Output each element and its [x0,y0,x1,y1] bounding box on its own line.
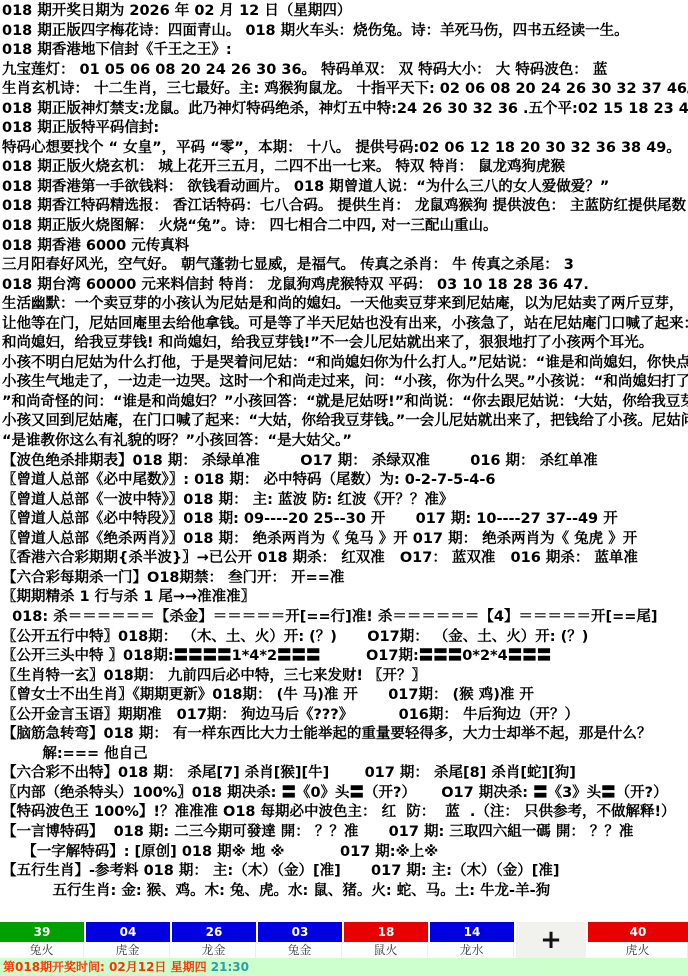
text-line: 【一字解特码】: [原创] 018 期※ 地 ※ 017 期:※上※ [2,843,688,863]
text-line: 五行生肖: 金: 猴、鸡。木: 兔、虎。水: 鼠、猪。火: 蛇、马。土: 牛龙-… [2,882,688,902]
text-line: 三月阳春好风光，空气好。 朝气蓬勃七显威，是福气。 传真之杀肖： 牛 传真之杀尾… [2,256,688,276]
result-zodiac-label: 鼠火 [344,942,428,958]
result-number-block: 03兔金 [258,922,342,958]
text-line: 九宝莲灯： 01 05 06 08 20 24 26 30 36。 特码单双： … [2,61,688,81]
text-line: 〖公开五行中特〗018期： （木、土、火）开: (？) O17期： （金、土、火… [2,628,688,648]
text-content: 018 期开奖日期为 2026 年 02 月 12 日（星期四）018 期正版四… [0,0,688,922]
text-line: 生活幽默：一个卖豆芽的小孩认为尼姑是和尚的媳妇。一天他卖豆芽来到尼姑庵，以为尼姑… [2,295,688,315]
status-draw-time: 21:30 [211,960,249,974]
text-line: 【一言博特码】 018 期: 二三今期可發達 開： ？？准 017 期: 三取四… [2,823,688,843]
text-line: 〖曾女士不出生肖〗《期期更新》018期： (牛 马)准 开 017期： (猴 鸡… [2,686,688,706]
result-number: 40 [588,922,688,942]
text-line: 018 期正版特平码信封: [2,119,688,139]
text-line: 【六合彩不出特】018 期： 杀尾[7] 杀肖[猴][牛] 017 期： 杀尾[… [2,764,688,784]
status-bar: 第018期开奖时间: 02月12日 星期四 21:30 [0,958,688,976]
result-number-block: 14龙水 [430,922,514,958]
text-line: 【五行生肖】-参考料 018 期： 主:（木）（金）[准] 017 期: 主:（… [2,862,688,882]
text-line: 【特码波色王 100%】!？准准准 O18 每期必中波色主： 红 防： 蓝 .（… [2,803,688,823]
result-number-block: 04虎金 [86,922,170,958]
text-line: 018 期香港 6000 元传真料 [2,237,688,257]
result-number-block: 26龙金 [172,922,256,958]
text-line: 特码心想要找个 “ 女皇”，平码 “零”，本期： 十八。 提供号码:02 06 … [2,139,688,159]
result-number: 14 [430,922,514,942]
result-number: 26 [172,922,256,942]
results-bar: 39兔火04虎金26龙金03兔金18鼠火14龙水+40虎火 [0,922,688,958]
text-line: 解:=== 他自己 [2,745,688,765]
result-zodiac-label: 龙金 [172,942,256,958]
text-line: 〖香港六合彩期期{杀半波}〗→已公开 018 期杀： 红双准 O17： 蓝双准 … [2,549,688,569]
text-line: 【波色绝杀排期表】018 期： 杀绿单准 O17 期： 杀绿双准 016 期： … [2,452,688,472]
text-line: 018 期香港第一手欲钱料： 欲钱看动画片。 018 期曾道人说：“为什么三八的… [2,178,688,198]
text-line: 018 期正版火烧图解： 火烧“兔”。诗： 四七相合二中四, 对一三配山重山。 [2,217,688,237]
result-zodiac-label: 兔金 [258,942,342,958]
text-line: 〖期期精杀 1 行与杀 1 尾→→准准准〗 [2,588,688,608]
plus-separator: + [516,922,586,958]
result-number: 03 [258,922,342,942]
text-line: 018 期香港地下信封《千王之王》: [2,41,688,61]
text-line: 〖曾道人总部《必中尾数》〗: 018 期： 必中特码（尾数）为: 0-2-7-5… [2,471,688,491]
result-zodiac-label: 虎金 [86,942,170,958]
text-line: 小孩生气地走了，一边走一边哭。这时一个和尚走过来，问：“小孩，你为什么哭。”小孩… [2,373,688,393]
text-line: 【六合彩每期杀一门】O18期禁： 叁门开： 开==准 [2,569,688,589]
text-line: 〖曾道人总部《一波中特》〗018 期： 主: 蓝波 防: 红波《开？？准》 [2,491,688,511]
result-zodiac-label: 虎火 [588,942,688,958]
text-line: 018 期香江特码精选报： 香江话特码：七八合码。 提供生肖： 龙鼠鸡猴狗 提供… [2,197,688,217]
text-line: 小孩不明白尼姑为什么打他，于是哭着问尼姑：“和尚媳妇你为什么打人。”尼姑说：“谁… [2,354,688,374]
text-line: 小孩又回到尼姑庵，在门口喊了起来：“大姑，你给我豆芽钱。”一会儿尼姑就出来了，把… [2,412,688,432]
text-line: ”和尚奇怪的问：“谁是和尚媳妇？”小孩回答：“就是尼姑呀!”和尚说：“你去跟尼姑… [2,393,688,413]
result-zodiac-label: 龙水 [430,942,514,958]
text-line: 018 期正版火烧玄机： 城上花开三五月，二四不出一七来。 特双 特肖： 鼠龙鸡… [2,158,688,178]
text-line: 和尚媳妇，给我豆芽钱! 和尚媳妇，给我豆芽钱!”不一会儿尼姑就出来了，狠狠地打了… [2,334,688,354]
text-line: 生肖玄机诗： 十二生肖，三七最好。主: 鸡猴狗鼠龙。 十指平天下: 02 06 … [2,80,688,100]
text-line: 〖曾道人总部《必中特段》〗018 期: 09----20 25--30 开 01… [2,510,688,530]
text-line: 018 期开奖日期为 2026 年 02 月 12 日（星期四） [2,2,688,22]
text-line: 018: 杀＝＝＝＝＝＝【杀金】＝＝＝＝＝开[==行]准! 杀＝＝＝＝＝＝【4】… [2,608,688,628]
text-line: 018 期正版神灯禁支:龙鼠。此乃神灯特码绝杀，神灯五中特:24 26 30 3… [2,100,688,120]
result-number: 39 [0,922,84,942]
result-number: 04 [86,922,170,942]
text-line: 〖生肖特一玄〗018期： 九前四后必中特，三七来发财! 〖开？〗 [2,667,688,687]
text-line: 018 期正版四字梅花诗：四面青山。 018 期火车头：烧伤兔。诗：羊死马伤，四… [2,22,688,42]
result-number: 18 [344,922,428,942]
result-number-block: 39兔火 [0,922,84,958]
text-line: “是谁教你这么有礼貌的呀？”小孩回答：“是大姑父。” [2,432,688,452]
result-number-block: 18鼠火 [344,922,428,958]
text-line: 让他等在门，尼姑回庵里去给他拿钱。可是等了半天尼姑也没有出来，小孩急了，站在尼姑… [2,315,688,335]
text-line: 【脑筋急转弯】018 期： 有一样东西比大力士能举起的重量要轻得多，大力士却举不… [2,725,688,745]
result-number-block: 40虎火 [588,922,688,958]
status-draw-info: 第018期开奖时间: 02月12日 星期四 [3,960,211,974]
text-line: 〖内部（绝杀特头）100%〗018 期决杀: 〓《0》头〓（开?） O17 期决… [2,784,688,804]
text-line: 018 期台湾 60000 元来料信封 特肖： 龙鼠狗鸡虎猴特双 平码： 03 … [2,276,688,296]
text-line: 〖公开三头中特 〗018期:〓〓〓〓1*4*2〓〓〓 O17期:〓〓〓0*2*4… [2,647,688,667]
text-line: 〖公开金言玉语〗期期准 017期： 狗边马后《???》 016期： 牛后狗边（开… [2,706,688,726]
text-line: 〖曾道人总部《绝杀两肖》〗018 期： 绝杀两肖为《 兔马 》开 017 期： … [2,530,688,550]
result-zodiac-label: 兔火 [0,942,84,958]
